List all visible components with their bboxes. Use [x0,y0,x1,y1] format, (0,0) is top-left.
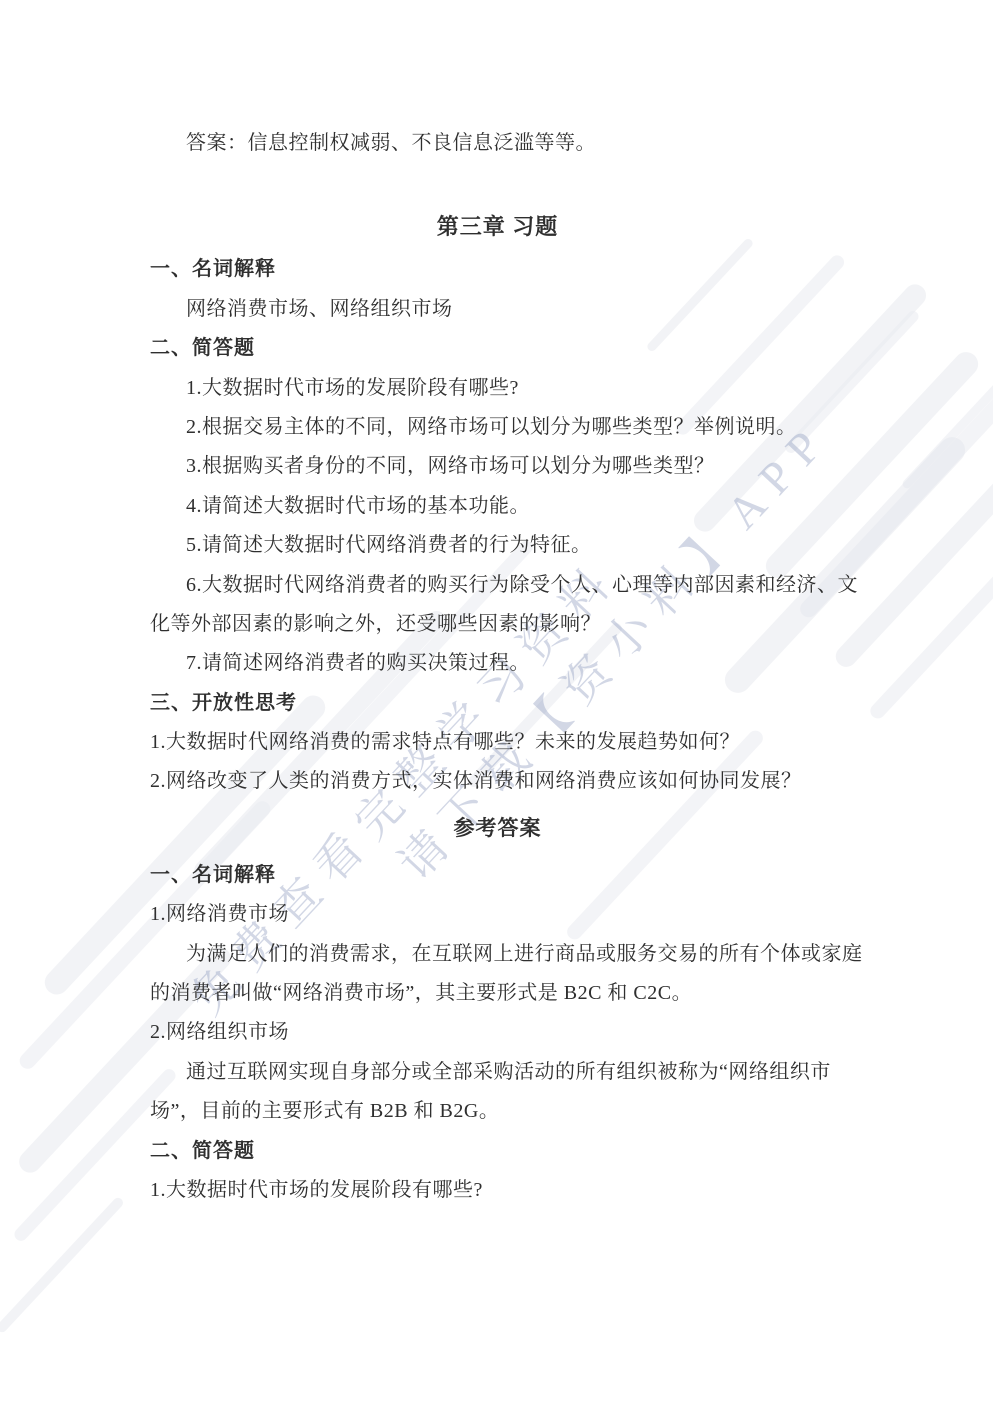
term-2-definition-cont: 场”，目前的主要形式有 B2B 和 B2G。 [150,1092,845,1131]
term-1-definition: 为满足人们的消费需求，在互联网上进行商品或服务交易的所有个体或家庭 [150,935,845,974]
question-2: 2.根据交易主体的不同，网络市场可以划分为哪些类型？举例说明。 [150,408,845,447]
brush-stroke [0,1196,125,1334]
question-1: 1.大数据时代市场的发展阶段有哪些? [150,369,845,408]
term-list: 网络消费市场、网络组织市场 [150,290,845,329]
brush-stroke [901,360,993,490]
section-heading-3: 三、开放性思考 [150,684,845,723]
question-6-cont: 化等外部因素的影响之外，还受哪些因素的影响？ [150,605,845,644]
section-heading-1: 一、名词解释 [150,250,845,289]
term-1-definition-cont: 的消费者叫做“网络消费市场”，其主要形式是 B2C 和 C2C。 [150,974,845,1013]
open-question-2: 2.网络改变了人类的消费方式，实体消费和网络消费应该如何协同发展？ [150,762,845,801]
brush-stroke [867,528,993,721]
brush-stroke [831,445,993,671]
question-7: 7.请简述网络消费者的购买决策过程。 [150,644,845,683]
document-content: 答案：信息控制权减弱、不良信息泛滥等等。 第三章 习题 一、名词解释 网络消费市… [150,124,845,1210]
chapter-title: 第三章 习题 [150,203,845,250]
question-4: 4.请简述大数据时代市场的基本功能。 [150,487,845,526]
answer-heading-1: 一、名词解释 [150,856,845,895]
question-5: 5.请简述大数据时代网络消费者的行为特征。 [150,526,845,565]
term-2-title: 2.网络组织市场 [150,1013,845,1052]
term-1-title: 1.网络消费市场 [150,895,845,934]
question-3: 3.根据购买者身份的不同，网络市场可以划分为哪些类型？ [150,447,845,486]
term-2-definition: 通过互联网实现自身部分或全部采购活动的所有组织被称为“网络组织市 [150,1053,845,1092]
answer-note: 答案：信息控制权减弱、不良信息泛滥等等。 [150,124,845,163]
document-page: 免费查看完整学习资料 请下载【资小料】APP 答案：信息控制权减弱、不良信息泛滥… [0,0,993,1404]
reference-answer-title: 参考答案 [150,806,845,850]
section-heading-2: 二、简答题 [150,329,845,368]
answer-question-1: 1.大数据时代市场的发展阶段有哪些? [150,1171,845,1210]
open-question-1: 1.大数据时代网络消费的需求特点有哪些？未来的发展趋势如何？ [150,723,845,762]
answer-heading-2: 二、简答题 [150,1132,845,1171]
question-6: 6.大数据时代网络消费者的购买行为除受个人、心理等内部因素和经济、文 [150,566,845,605]
